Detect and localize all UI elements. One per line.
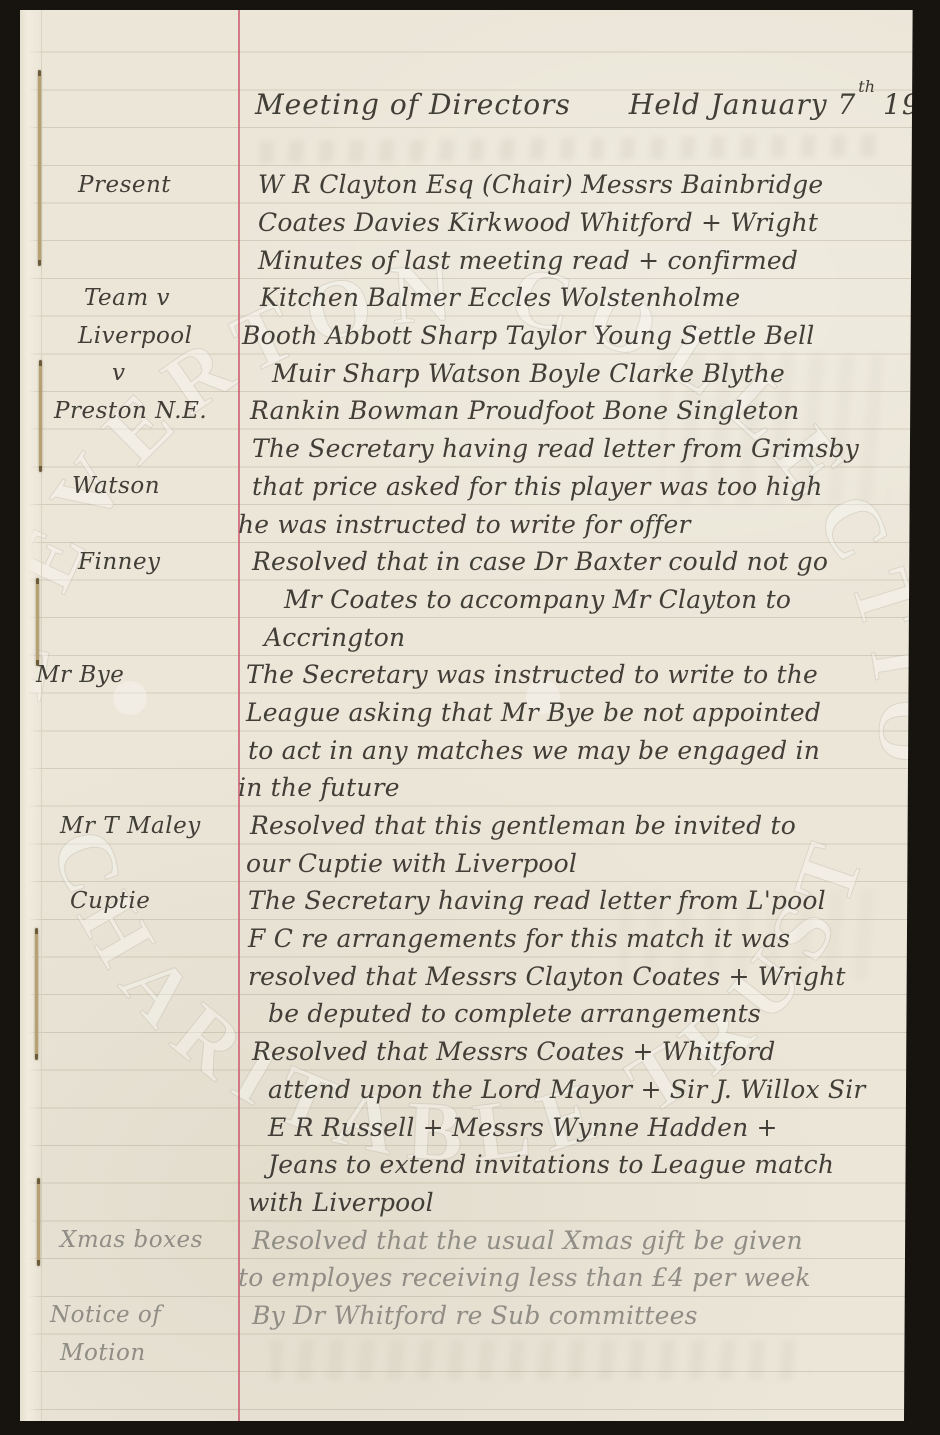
minute-line-text: with Liverpool [238,1188,916,1217]
minute-line-text: Resolved that Messrs Coates + Whitford [238,1037,916,1066]
minute-line-text: Kitchen Balmer Eccles Wolstenholme [238,283,916,312]
minute-row: he was instructed to write for offer [20,505,916,543]
minute-line-text: Jeans to extend invitations to League ma… [238,1150,916,1179]
minute-line-text: be deputed to complete arrangements [238,999,916,1028]
minute-line-text: League asking that Mr Bye be not appoint… [238,698,916,727]
minute-line-text: F C re arrangements for this match it wa… [238,924,916,953]
margin-label: Xmas boxes [20,1227,238,1253]
heading-superscript: th [858,77,875,96]
minute-row: Mr T Maley Resolved that this gentleman … [20,807,916,845]
minute-line-text: resolved that Messrs Clayton Coates + Wr… [238,962,916,991]
minute-row: Resolved that Messrs Coates + Whitford [20,1033,916,1071]
margin-label: Mr T Maley [20,813,238,839]
minute-line-text: he was instructed to write for offer [238,510,916,539]
minute-line-text: our Cuptie with Liverpool [238,849,916,878]
minute-line-text: Booth Abbott Sharp Taylor Young Settle B… [238,321,916,350]
margin-label: Cuptie [20,888,238,914]
minutes-rows: Present W R Clayton Esq (Chair) Messrs B… [20,166,916,1372]
ledger-page: THE EVERTON COLLECTION CHARITABLE TRUST … [20,10,916,1421]
margin-label: Present [20,172,238,198]
minute-row: Notice of By Dr Whitford re Sub committe… [20,1297,916,1335]
minute-row: be deputed to complete arrangements [20,995,916,1033]
minute-line-text: to employes receiving less than £4 per w… [238,1263,916,1292]
minute-line-text: attend upon the Lord Mayor + Sir J. Will… [238,1075,916,1104]
margin-label: Liverpool [20,323,238,349]
minute-row: resolved that Messrs Clayton Coates + Wr… [20,957,916,995]
margin-label: Notice of [20,1302,238,1328]
minute-line-text: The Secretary was instructed to write to… [238,660,916,689]
minute-row: Cuptie The Secretary having read letter … [20,882,916,920]
minute-line-text: Rankin Bowman Proudfoot Bone Singleton [238,396,916,425]
minute-row: Xmas boxes Resolved that the usual Xmas … [20,1221,916,1259]
minute-row: with Liverpool [20,1184,916,1222]
minute-line-text: that price asked for this player was too… [238,472,916,501]
margin-label: Watson [20,473,238,499]
minute-row: our Cuptie with Liverpool [20,844,916,882]
minute-row: F C re arrangements for this match it wa… [20,920,916,958]
heading-year: 1902 [883,88,916,121]
minute-line-text: Resolved that the usual Xmas gift be giv… [238,1226,916,1255]
minute-row: Present W R Clayton Esq (Chair) Messrs B… [20,166,916,204]
minute-book-photograph: { "page": { "document_type": "handwritte… [0,0,940,1435]
minute-row: to employes receiving less than £4 per w… [20,1259,916,1297]
minute-line-text: Minutes of last meeting read + confirmed [238,246,916,275]
margin-label: Mr Bye [20,662,238,688]
minute-row: to act in any matches we may be engaged … [20,731,916,769]
minute-line-text: in the future [238,773,916,802]
minute-row: Liverpool Booth Abbott Sharp Taylor Youn… [20,317,916,355]
minute-line-text: to act in any matches we may be engaged … [238,736,916,765]
minute-row: Accrington [20,618,916,656]
page-title: Meeting of DirectorsHeld January 7th1902 [20,10,916,128]
margin-label: Team v [20,285,238,311]
minute-row: League asking that Mr Bye be not appoint… [20,694,916,732]
minute-line-text: Accrington [238,623,916,652]
minute-line-text: Coates Davies Kirkwood Whitford + Wright [238,208,916,237]
minute-line-text: Mr Coates to accompany Mr Clayton to [238,585,916,614]
minute-line-text: The Secretary having read letter from L'… [238,886,916,915]
margin-label: Preston N.E. [20,398,238,424]
minute-row: Motion [20,1334,916,1372]
minute-row: Finney Resolved that in case Dr Baxter c… [20,543,916,581]
minute-row: attend upon the Lord Mayor + Sir J. Will… [20,1071,916,1109]
minute-row: Coates Davies Kirkwood Whitford + Wright [20,204,916,242]
minute-row: E R Russell + Messrs Wynne Hadden + [20,1108,916,1146]
heading-part2: Held January 7 [629,88,856,121]
minute-line-text: Resolved that in case Dr Baxter could no… [238,547,916,576]
margin-label: v [20,360,238,386]
minute-row: v Muir Sharp Watson Boyle Clarke Blythe [20,354,916,392]
minute-line-text: W R Clayton Esq (Chair) Messrs Bainbridg… [238,170,916,199]
minute-row: Team v Kitchen Balmer Eccles Wolstenholm… [20,279,916,317]
margin-label: Finney [20,549,238,575]
minute-line-text: E R Russell + Messrs Wynne Hadden + [238,1113,916,1142]
minute-line-text: By Dr Whitford re Sub committees [238,1301,916,1330]
minute-row: Preston N.E. Rankin Bowman Proudfoot Bon… [20,392,916,430]
minute-line-text: The Secretary having read letter from Gr… [238,434,916,463]
minute-row: Watson that price asked for this player … [20,468,916,506]
minute-line-text: Muir Sharp Watson Boyle Clarke Blythe [238,359,916,388]
minute-row: Minutes of last meeting read + confirmed [20,241,916,279]
margin-label: Motion [20,1340,238,1366]
show-through-smudge [260,135,880,163]
minute-row: The Secretary having read letter from Gr… [20,430,916,468]
minute-row: Jeans to extend invitations to League ma… [20,1146,916,1184]
minute-row: in the future [20,769,916,807]
minute-row: Mr Bye The Secretary was instructed to w… [20,656,916,694]
heading-part1: Meeting of Directors [255,88,571,121]
minute-line-text: Resolved that this gentleman be invited … [238,811,916,840]
minute-row: Mr Coates to accompany Mr Clayton to [20,581,916,619]
